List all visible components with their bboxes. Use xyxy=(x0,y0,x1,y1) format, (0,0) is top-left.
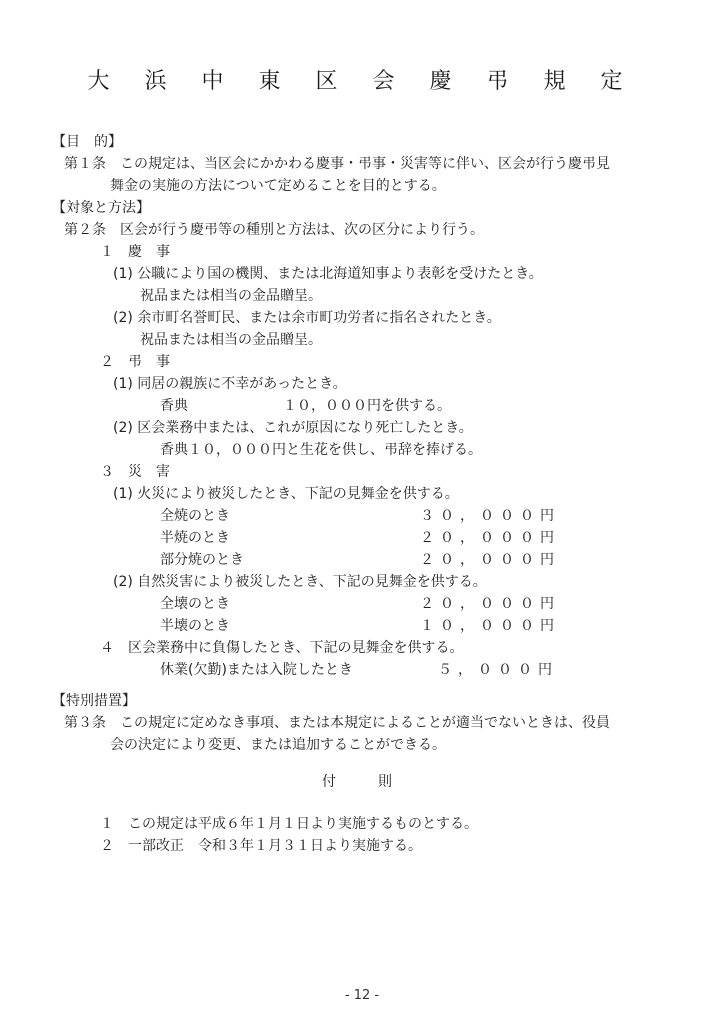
item-1-label: １ 慶 事 xyxy=(100,243,170,261)
injury-row-label: 休業(欠勤)または入院したとき xyxy=(160,661,353,679)
item-2-sub-1-line-1: (1) 同居の親族に不幸があったとき。 xyxy=(113,375,347,393)
item-2-koden-amount: １０，０００円を供する。 xyxy=(283,397,451,415)
heading-supplementary: 付 則 xyxy=(322,773,392,791)
article-1-line-2: 舞金の実施の方法について定めることを目的とする。 xyxy=(110,177,446,195)
disaster-row-label: 全壊のとき xyxy=(160,595,230,613)
document-title: 大 浜 中 東 区 会 慶 弔 規 定 xyxy=(0,64,724,95)
fire-row-amount: ２０，０００円 xyxy=(420,529,560,547)
page-number: - 12 - xyxy=(0,988,724,1003)
disaster-row-label: 半壊のとき xyxy=(160,617,230,635)
supplementary-item: １ この規定は平成６年１月１日より実施するものとする。 xyxy=(100,815,478,833)
item-2-sub-2-line-2: 香典１０，０００円と生花を供し、弔辞を捧げる。 xyxy=(160,441,482,459)
item-4-label: ４ 区会業務中に負傷したとき、下記の見舞金を供する。 xyxy=(100,639,463,657)
article-3-line-2: 会の決定により変更、または追加することができる。 xyxy=(110,736,446,754)
injury-row-amount: ５，０００円 xyxy=(438,661,558,679)
fire-row-label: 全焼のとき xyxy=(160,507,230,525)
heading-purpose: 【目 的】 xyxy=(52,133,122,151)
item-2-label: ２ 弔 事 xyxy=(100,353,170,371)
disaster-row-amount: １０，０００円 xyxy=(420,617,560,635)
article-3-line-1: 第３条 この規定に定めなき事項、または本規定によることが適当でないときは、役員 xyxy=(64,714,610,732)
fire-row-amount: ３０，０００円 xyxy=(420,507,560,525)
item-1-sub-2-line-2: 祝品または相当の金品贈呈。 xyxy=(140,331,322,349)
item-1-sub-1-line-2: 祝品または相当の金品贈呈。 xyxy=(140,287,322,305)
article-1-line-1: 第１条 この規定は、当区会にかかわる慶事・弔事・災害等に伴い、区会が行う慶弔見 xyxy=(64,155,610,173)
disaster-row-amount: ２０，０００円 xyxy=(420,595,560,613)
heading-target-method: 【対象と方法】 xyxy=(52,199,150,217)
heading-special: 【特別措置】 xyxy=(52,692,136,710)
article-2: 第２条 区会が行う慶弔等の種別と方法は、次の区分により行う。 xyxy=(64,221,484,239)
supplementary-item: ２ 一部改正 令和３年１月３１日より実施する。 xyxy=(100,837,422,855)
item-3-sub-1-line-1: (1) 火災により被災したとき、下記の見舞金を供する。 xyxy=(113,485,459,503)
fire-row-label: 部分焼のとき xyxy=(160,551,244,569)
item-3-label: ３ 災 害 xyxy=(100,463,170,481)
item-3-sub-2-line-1: (2) 自然災害により被災したとき、下記の見舞金を供する。 xyxy=(113,573,487,591)
fire-row-amount: ２０，０００円 xyxy=(420,551,560,569)
item-2-sub-2-line-1: (2) 区会業務中または、これが原因になり死亡したとき。 xyxy=(113,419,473,437)
fire-row-label: 半焼のとき xyxy=(160,529,230,547)
item-2-koden-label: 香典 xyxy=(160,397,188,415)
item-1-sub-2-line-1: (2) 余市町名誉町民、または余市町功労者に指名されたとき。 xyxy=(113,309,501,327)
item-1-sub-1-line-1: (1) 公職により国の機関、または北海道知事より表彰を受けたとき。 xyxy=(113,265,543,283)
